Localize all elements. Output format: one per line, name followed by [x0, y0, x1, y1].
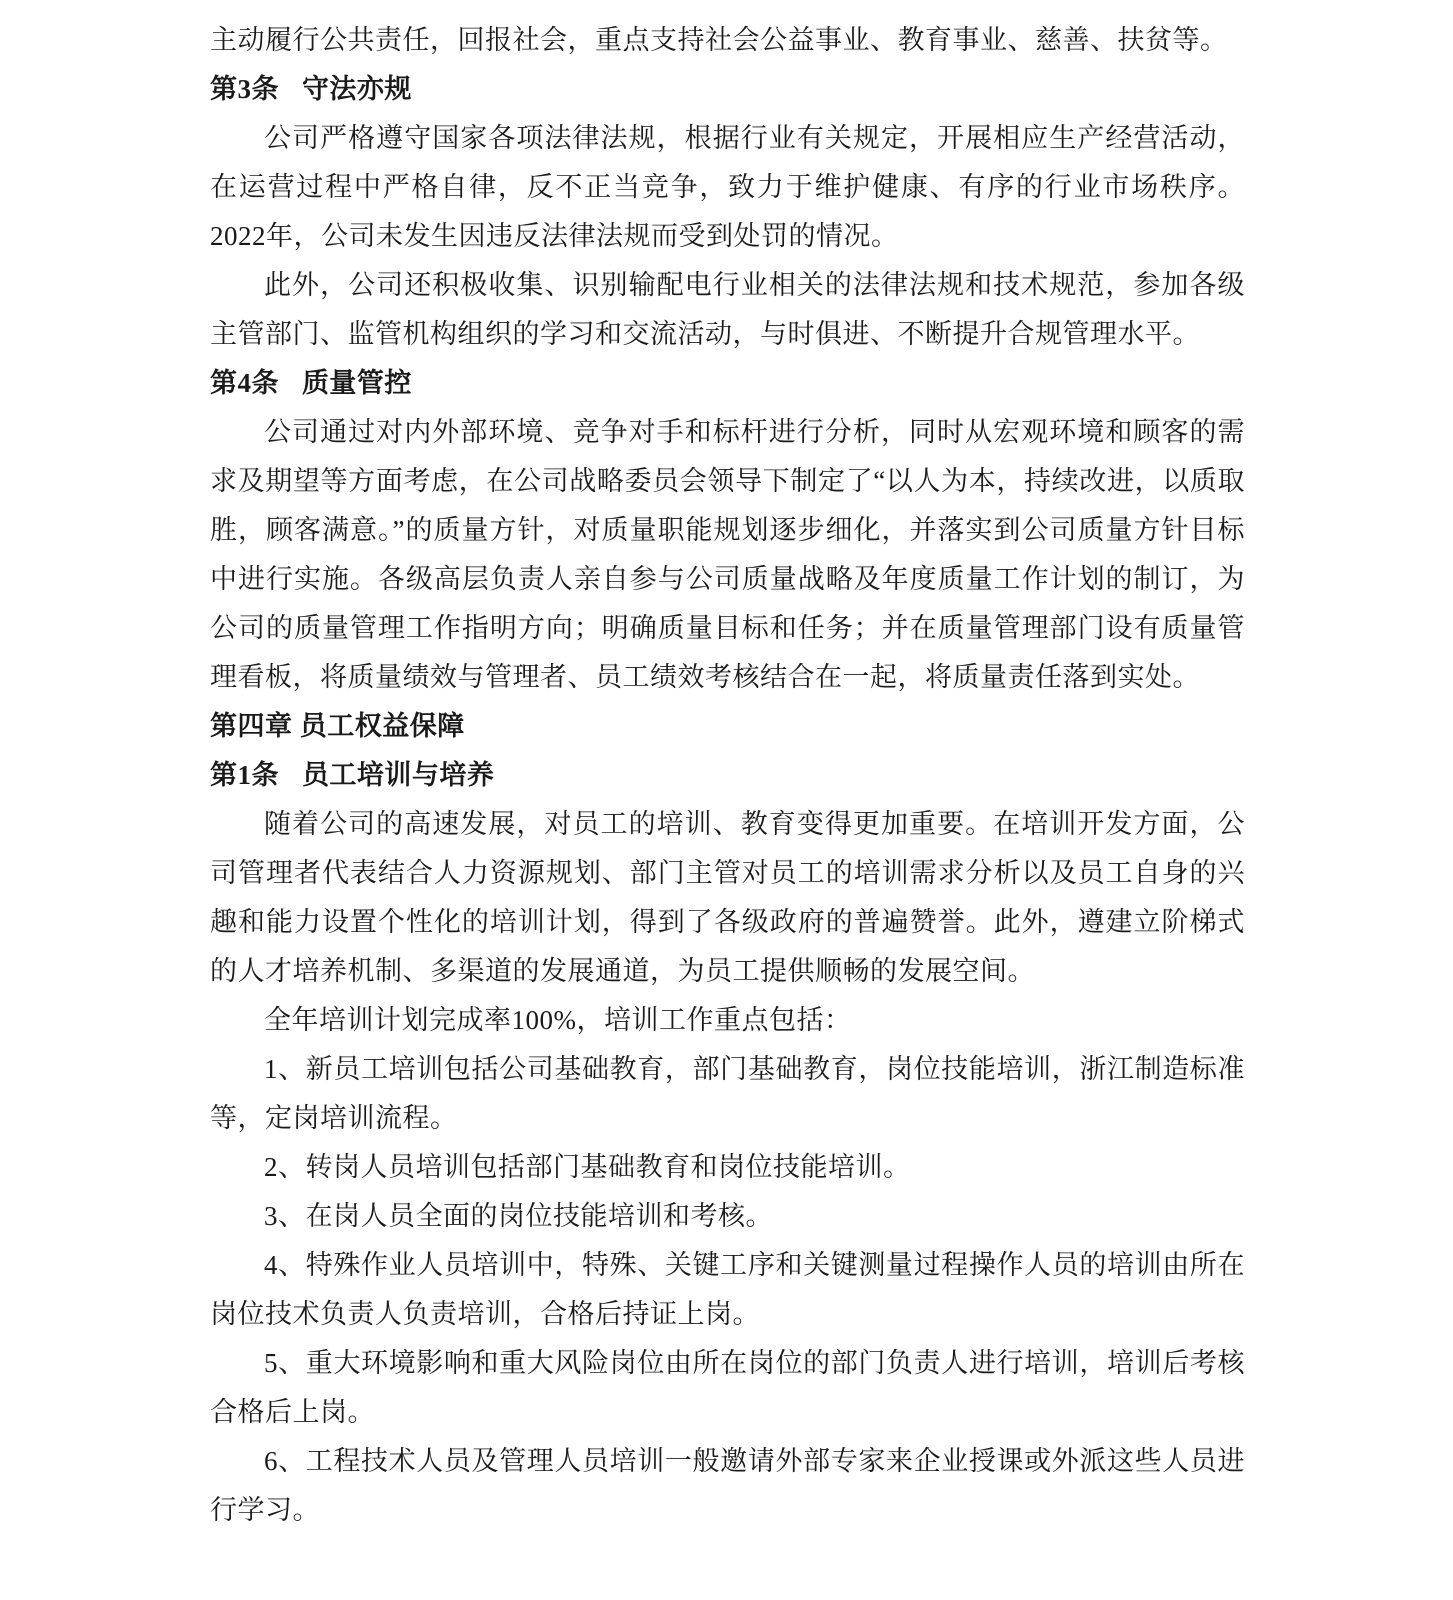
- article-3-number: 第3条: [210, 74, 279, 104]
- article-1-title: 员工培训与培养: [302, 760, 495, 790]
- chapter-4-heading: 第四章 员工权益保障: [210, 702, 1245, 751]
- article-1-paragraph-1: 随着公司的高速发展，对员工的培训、教育变得更加重要。在培训开发方面，公司管理者代…: [210, 800, 1245, 996]
- document-page: 主动履行公共责任，回报社会，重点支持社会公益事业、教育事业、慈善、扶贫等。 第3…: [0, 0, 1453, 1600]
- article-4-paragraph-1: 公司通过对内外部环境、竞争对手和标杆进行分析，同时从宏观环境和顾客的需求及期望等…: [210, 408, 1245, 702]
- training-list-item-1: 1、新员工培训包括公司基础教育，部门基础教育，岗位技能培训，浙江制造标准等，定岗…: [210, 1045, 1245, 1143]
- training-list-item-2: 2、转岗人员培训包括部门基础教育和岗位技能培训。: [210, 1143, 1245, 1192]
- training-list-item-3: 3、在岗人员全面的岗位技能培训和考核。: [210, 1192, 1245, 1241]
- training-list-item-6: 6、工程技术人员及管理人员培训一般邀请外部专家来企业授课或外派这些人员进行学习。: [210, 1437, 1245, 1535]
- article-3-title: 守法亦规: [302, 74, 412, 104]
- training-list-item-5: 5、重大环境影响和重大风险岗位由所在岗位的部门负责人进行培训，培训后考核合格后上…: [210, 1339, 1245, 1437]
- article-4-title: 质量管控: [302, 368, 412, 398]
- article-3-heading: 第3条守法亦规: [210, 65, 1245, 114]
- article-1-heading: 第1条员工培训与培养: [210, 751, 1245, 800]
- article-1-number: 第1条: [210, 760, 279, 790]
- article-3-paragraph-1: 公司严格遵守国家各项法律法规，根据行业有关规定，开展相应生产经营活动，在运营过程…: [210, 114, 1245, 261]
- continuation-paragraph: 主动履行公共责任，回报社会，重点支持社会公益事业、教育事业、慈善、扶贫等。: [210, 16, 1245, 65]
- article-3-paragraph-2: 此外，公司还积极收集、识别输配电行业相关的法律法规和技术规范，参加各级主管部门、…: [210, 261, 1245, 359]
- article-1-paragraph-2: 全年培训计划完成率100%，培训工作重点包括：: [210, 996, 1245, 1045]
- article-4-heading: 第4条质量管控: [210, 359, 1245, 408]
- training-list-item-4: 4、特殊作业人员培训中，特殊、关键工序和关键测量过程操作人员的培训由所在岗位技术…: [210, 1241, 1245, 1339]
- article-4-number: 第4条: [210, 368, 279, 398]
